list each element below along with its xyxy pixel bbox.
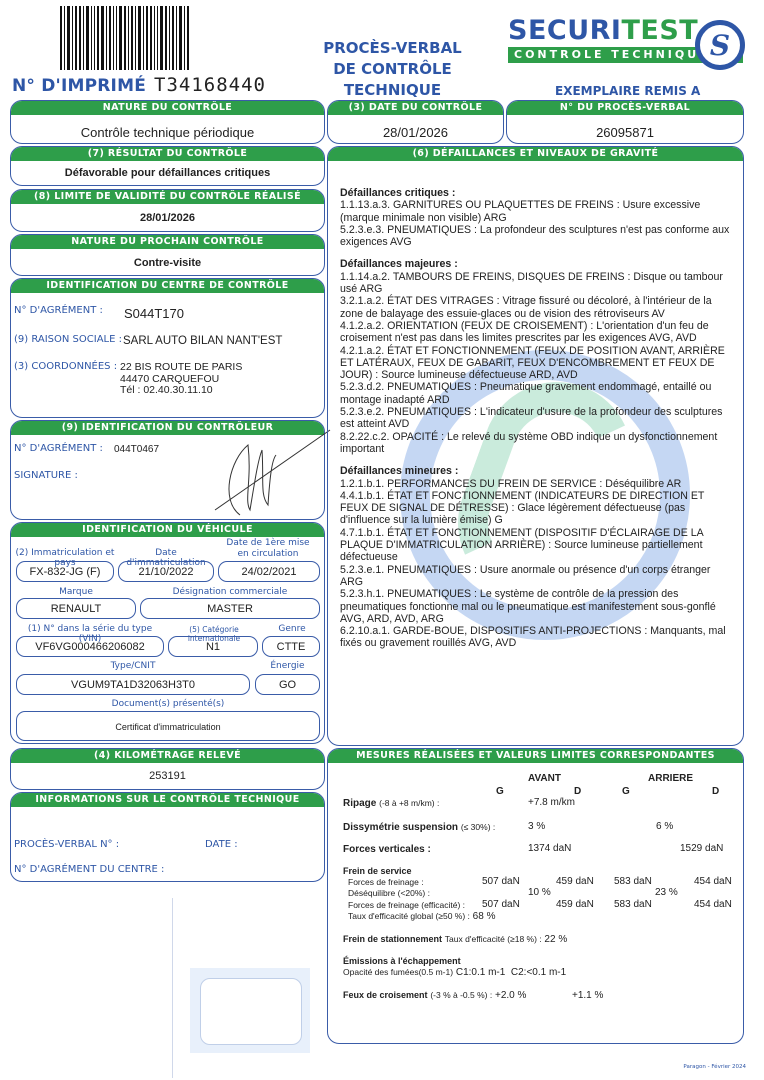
stationnement-label: Frein de stationnement	[343, 934, 442, 944]
controleur-agrement-label: N° D'AGRÉMENT :	[14, 443, 103, 454]
defaillance-item: 3.2.1.a.2. ÉTAT DES VITRAGES : Vitrage f…	[340, 295, 731, 320]
forces-freinage-3: 454 daN	[694, 876, 732, 887]
kilometrage-box: (4) KILOMÉTRAGE RELEVÉ 253191	[10, 748, 325, 790]
defaillance-item: 5.2.3.e.3. PNEUMATIQUES : La profondeur …	[340, 224, 731, 249]
defaillance-group-heading: Défaillances critiques :	[340, 187, 731, 199]
address-line-1: 22 BIS ROUTE DE PARIS	[120, 362, 242, 374]
dissym-limit: (≤ 30%) :	[461, 822, 495, 832]
barcode-bar	[160, 6, 163, 70]
forces-vert-avant: 1374 daN	[528, 843, 571, 854]
marque-field: RENAULT	[16, 598, 136, 619]
barcode	[60, 6, 200, 70]
resultat-box: (7) RÉSULTAT DU CONTRÔLE Défavorable pou…	[10, 146, 325, 186]
printer-footer: Paragon - Février 2024	[683, 1064, 746, 1070]
opacite-label: Opacité des fumées(0.5 m-1)	[343, 967, 453, 977]
opacite: Opacité des fumées(0.5 m-1) C1:0.1 m-1 C…	[343, 967, 566, 978]
barcode-bar	[154, 6, 155, 70]
controleur-agrement-value: 044T0467	[114, 444, 159, 455]
barcode-bar	[72, 6, 73, 70]
title-line-2: DE CONTRÔLE TECHNIQUE	[285, 59, 500, 101]
energie-label: Énergie	[255, 661, 320, 671]
num-pv-box: N° DU PROCÈS-VERBAL 26095871	[506, 100, 744, 144]
centre-raison-label: (9) RAISON SOCIALE :	[14, 334, 122, 345]
nature-controle-box: NATURE DU CONTRÔLE Contrôle technique pé…	[10, 100, 325, 144]
barcode-bar	[135, 6, 136, 70]
barcode-bar	[187, 6, 189, 70]
barcode-bar	[94, 6, 95, 70]
imprime-value: T34168440	[154, 74, 266, 96]
forces-vert-arriere: 1529 daN	[680, 843, 723, 854]
feux-g-value: +2.0 %	[495, 990, 526, 1001]
defaillance-item: 1.2.1.b.1. PERFORMANCES DU FREIN DE SERV…	[340, 478, 731, 490]
documents-label: Document(s) présenté(s)	[16, 699, 320, 709]
forces-vert-label: Forces verticales :	[343, 844, 431, 855]
dissym-label-text: Dissymétrie suspension	[343, 822, 458, 833]
num-pv-title: N° DU PROCÈS-VERBAL	[507, 101, 743, 115]
pv-number-label: PROCÈS-VERBAL N° :	[14, 839, 119, 850]
barcode-bar	[109, 6, 111, 70]
arriere-g-header: G	[622, 786, 630, 797]
desequilibre-arriere: 23 %	[655, 887, 678, 898]
defaillances-box: (6) DÉFAILLANCES ET NIVEAUX DE GRAVITÉ D…	[327, 146, 744, 746]
forces-freinage-1: 459 daN	[556, 876, 594, 887]
desequilibre-label: Déséquilibre (<20%) :	[348, 888, 430, 898]
centre-agrement-defav-label: N° D'AGRÉMENT DU CENTRE :	[14, 864, 164, 875]
resultat-title: (7) RÉSULTAT DU CONTRÔLE	[11, 147, 324, 161]
vin-field: VF6VG000466206082	[16, 636, 164, 657]
forces-eff-label: Forces de freinage (efficacité) :	[348, 900, 465, 910]
feux-d-value: +1.1 %	[572, 990, 603, 1001]
barcode-bar	[176, 6, 177, 70]
barcode-bar	[169, 6, 170, 70]
arriere-d-header: D	[712, 786, 719, 797]
feux-label: Feux de croisement	[343, 990, 428, 1000]
signature-label: SIGNATURE :	[14, 470, 78, 481]
barcode-bar	[67, 6, 70, 70]
barcode-bar	[184, 6, 185, 70]
stamp-window	[200, 978, 302, 1045]
genre-field: CTTE	[262, 636, 320, 657]
dissym-avant: 3 %	[528, 821, 545, 832]
mesures-title: MESURES RÉALISÉES ET VALEURS LIMITES COR…	[328, 749, 743, 763]
documents-field: Certificat d'immatriculation	[16, 711, 320, 741]
defaillance-item: 1.1.14.a.2. TAMBOURS DE FREINS, DISQUES …	[340, 271, 731, 296]
defaillance-item: 5.2.3.d.2. PNEUMATIQUES : Pneumatique gr…	[340, 381, 731, 406]
nature-controle-value: Contrôle technique périodique	[11, 125, 324, 140]
forces-eff-3: 454 daN	[694, 899, 732, 910]
logo-word-b: TEST	[621, 15, 698, 46]
signature	[200, 420, 340, 520]
centre-coord-label: (3) COORDONNÉES :	[14, 361, 117, 372]
date-controle-box: (3) DATE DU CONTRÔLE 28/01/2026	[327, 100, 504, 144]
dissym-arriere: 6 %	[656, 821, 673, 832]
taux-global-label: Taux d'efficacité global (≥50 %) :	[348, 911, 470, 921]
barcode-bar	[116, 6, 117, 70]
barcode-bar	[119, 6, 122, 70]
barcode-bar	[79, 6, 81, 70]
taux-global: Taux d'efficacité global (≥50 %) : 68 %	[348, 911, 495, 922]
barcode-bar	[150, 6, 152, 70]
prochain-title: NATURE DU PROCHAIN CONTRÔLE	[11, 235, 324, 249]
avant-d-header: D	[574, 786, 581, 797]
defaillance-item: 5.2.3.h.1. PNEUMATIQUES : Le système de …	[340, 588, 731, 625]
barcode-bar	[138, 6, 141, 70]
date-mec-label-1: Date de 1ère mise	[218, 538, 318, 549]
securitest-logo: SECURITEST	[508, 15, 698, 46]
opacite-c2: C2:<0.1 m-1	[511, 967, 566, 978]
barcode-bar	[172, 6, 174, 70]
barcode-bar	[124, 6, 126, 70]
opacite-c1: C1:0.1 m-1	[456, 967, 505, 978]
defaillance-item: 5.2.3.e.1. PNEUMATIQUES : Usure anormale…	[340, 564, 731, 589]
dissym-label: Dissymétrie suspension (≤ 30%) :	[343, 822, 495, 833]
forces-freinage-label: Forces de freinage :	[348, 877, 424, 887]
defaillance-item: 1.1.13.a.3. GARNITURES OU PLAQUETTES DE …	[340, 199, 731, 224]
barcode-bar	[97, 6, 99, 70]
categorie-field: N1	[168, 636, 258, 657]
stationnement-detail: Taux d'efficacité (≥18 %) :	[445, 934, 542, 944]
defavorable-info-title: INFORMATIONS SUR LE CONTRÔLE TECHNIQUE D…	[11, 793, 324, 807]
centre-address: 22 BIS ROUTE DE PARIS 44470 CARQUEFOU Té…	[120, 362, 242, 397]
defaillance-group-heading: Défaillances majeures :	[340, 258, 731, 270]
validite-title: (8) LIMITE DE VALIDITÉ DU CONTRÔLE RÉALI…	[11, 190, 324, 204]
centre-agrement-label: N° D'AGRÉMENT :	[14, 305, 103, 316]
document-title: PROCÈS-VERBAL DE CONTRÔLE TECHNIQUE	[285, 38, 500, 101]
designation-field: MASTER	[140, 598, 320, 619]
kilometrage-title: (4) KILOMÉTRAGE RELEVÉ	[11, 749, 324, 763]
barcode-bar	[143, 6, 144, 70]
date-immat-field: 21/10/2022	[118, 561, 214, 582]
barcode-bar	[91, 6, 92, 70]
centre-agrement-value: S044T170	[124, 306, 184, 321]
imprime-number: N° D'IMPRIMÉT34168440	[12, 74, 266, 96]
barcode-bar	[75, 6, 77, 70]
defaillance-item: 4.7.1.b.1. ÉTAT ET FONCTIONNEMENT (DISPO…	[340, 527, 731, 564]
validite-value: 28/01/2026	[11, 212, 324, 224]
prochain-box: NATURE DU PROCHAIN CONTRÔLE Contre-visit…	[10, 234, 325, 276]
prochain-value: Contre-visite	[11, 257, 324, 269]
resultat-value: Défavorable pour défaillances critiques	[11, 167, 324, 179]
validite-box: (8) LIMITE DE VALIDITÉ DU CONTRÔLE RÉALI…	[10, 189, 325, 232]
centre-raison-value: SARL AUTO BILAN NANT'EST	[123, 335, 282, 347]
logo-word-a: SECURI	[508, 15, 621, 46]
designation-label: Désignation commerciale	[140, 587, 320, 597]
barcode-bar	[60, 6, 62, 70]
avant-g-header: G	[496, 786, 504, 797]
barcode-bar	[106, 6, 107, 70]
feux-croisement: Feux de croisement (-3 % à -0.5 %) : +2.…	[343, 990, 526, 1001]
defaillances-title: (6) DÉFAILLANCES ET NIVEAUX DE GRAVITÉ	[328, 147, 743, 161]
type-field: VGUM9TA1D32063H3T0	[16, 674, 250, 695]
date-controle-title: (3) DATE DU CONTRÔLE	[328, 101, 503, 115]
defaillance-item: 4.2.1.a.2. ÉTAT ET FONCTIONNEMENT (FEUX …	[340, 345, 731, 382]
barcode-bar	[165, 6, 167, 70]
defaillance-item: 6.2.10.a.1. GARDE-BOUE, DISPOSITIFS ANTI…	[340, 625, 731, 650]
date-mec-field: 24/02/2021	[218, 561, 320, 582]
defaillance-item: 4.4.1.b.1. ÉTAT ET FONCTIONNEMENT (INDIC…	[340, 490, 731, 527]
barcode-bar	[157, 6, 158, 70]
defaillance-group-heading: Défaillances mineures :	[340, 465, 731, 477]
desequilibre-avant: 10 %	[528, 887, 551, 898]
vehicule-title: IDENTIFICATION DU VÉHICULE	[11, 523, 324, 537]
barcode-bar	[128, 6, 129, 70]
stationnement-value: 22 %	[544, 934, 567, 945]
phone: Tél : 02.40.30.11.10	[120, 385, 242, 397]
date-mec-label-2: en circulation	[218, 549, 318, 560]
nature-controle-title: NATURE DU CONTRÔLE	[11, 101, 324, 115]
fold-line	[172, 898, 173, 1078]
forces-eff-1: 459 daN	[556, 899, 594, 910]
centre-title: IDENTIFICATION DU CENTRE DE CONTRÔLE	[11, 279, 324, 293]
barcode-bar	[146, 6, 148, 70]
defaillance-item: 4.1.2.a.2. ORIENTATION (FEUX DE CROISEME…	[340, 320, 731, 345]
taux-global-value: 68 %	[473, 911, 496, 922]
date-controle-value: 28/01/2026	[328, 125, 503, 140]
ripage-value: +7.8 m/km	[528, 797, 575, 808]
imprime-label: N° D'IMPRIMÉ	[12, 76, 146, 96]
barcode-bar	[83, 6, 84, 70]
avant-header: AVANT	[528, 773, 561, 784]
forces-vert-label-text: Forces verticales :	[343, 844, 431, 855]
type-label: Type/CNIT	[16, 661, 250, 671]
defaillance-item: 8.2.22.c.2. OPACITÉ : Le relevé du systè…	[340, 431, 731, 456]
barcode-bar	[86, 6, 89, 70]
forces-eff-2: 583 daN	[614, 899, 652, 910]
arriere-header: ARRIERE	[648, 773, 693, 784]
forces-eff-0: 507 daN	[482, 899, 520, 910]
kilometrage-value: 253191	[11, 770, 324, 782]
forces-freinage-2: 583 daN	[614, 876, 652, 887]
emissions-label: Émissions à l'échappement	[343, 956, 461, 966]
centre-box: IDENTIFICATION DU CENTRE DE CONTRÔLE	[10, 278, 325, 418]
barcode-bar	[101, 6, 104, 70]
ripage-limit: (-8 à +8 m/km) :	[379, 798, 439, 808]
pv-date-label: DATE :	[205, 839, 238, 850]
forces-freinage-0: 507 daN	[482, 876, 520, 887]
barcode-bar	[113, 6, 114, 70]
immat-field: FX-832-JG (F)	[16, 561, 114, 582]
energie-field: GO	[255, 674, 320, 695]
defaillances-list: Défaillances critiques :1.1.13.a.3. GARN…	[328, 161, 743, 650]
date-mec-label: Date de 1ère miseen circulation	[218, 538, 318, 560]
title-line-1: PROCÈS-VERBAL	[285, 38, 500, 59]
ripage-label-text: Ripage	[343, 798, 376, 809]
frein-service-label: Frein de service	[343, 866, 412, 876]
defaillance-item: 5.2.3.e.2. PNEUMATIQUES : L'indicateur d…	[340, 406, 731, 431]
barcode-bar	[64, 6, 65, 70]
genre-label: Genre	[264, 624, 320, 634]
ripage-label: Ripage (-8 à +8 m/km) :	[343, 798, 439, 809]
barcode-bar	[131, 6, 133, 70]
marque-label: Marque	[16, 587, 136, 597]
feux-limit: (-3 % à -0.5 %) :	[430, 990, 492, 1000]
stationnement: Frein de stationnement Taux d'efficacité…	[343, 934, 567, 945]
logo-s-icon: S	[695, 20, 745, 70]
barcode-bar	[179, 6, 182, 70]
num-pv-value: 26095871	[507, 125, 743, 140]
